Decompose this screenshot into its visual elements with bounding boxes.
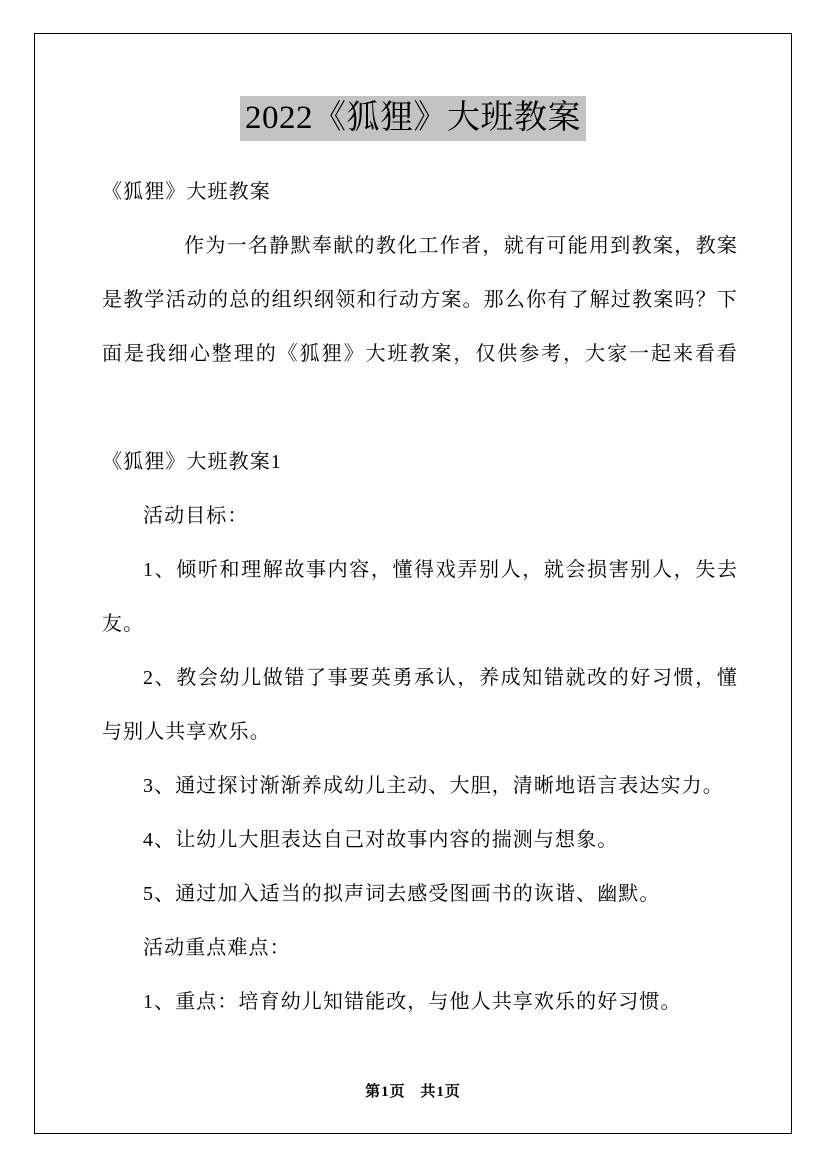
- text-line: 《狐狸》大班教案1: [102, 435, 738, 489]
- text-line: 1、倾听和理解故事内容，懂得戏弄别人，就会损害别人，失去挚: [102, 543, 738, 597]
- footer-page-number: 第1页: [365, 1084, 406, 1100]
- title-row: 2022《狐狸》大班教案: [35, 96, 791, 141]
- document-body: 《狐狸》大班教案作为一名静默奉献的教化工作者，就有可能用到教案，教案是教学活动的…: [102, 165, 738, 1029]
- text-line: 友。: [102, 597, 738, 651]
- document-canvas: 2022《狐狸》大班教案 《狐狸》大班教案作为一名静默奉献的教化工作者，就有可能…: [0, 0, 827, 1170]
- text-line: 3、通过探讨渐渐养成幼儿主动、大胆，清晰地语言表达实力。: [102, 759, 738, 813]
- text-line: 《狐狸》大班教案: [102, 165, 738, 219]
- text-line: 作为一名静默奉献的教化工作者，就有可能用到教案，教案: [102, 219, 738, 273]
- page-footer: 第1页 共1页: [35, 1080, 791, 1101]
- text-line: 5、通过加入适当的拟声词去感受图画书的诙谐、幽默。: [102, 867, 738, 921]
- blank-line: [102, 381, 738, 435]
- text-line: 1、重点：培育幼儿知错能改，与他人共享欢乐的好习惯。: [102, 975, 738, 1029]
- footer-total-pages: 共1页: [420, 1084, 461, 1100]
- page-border-frame: 2022《狐狸》大班教案 《狐狸》大班教案作为一名静默奉献的教化工作者，就有可能…: [34, 33, 792, 1134]
- text-line: 活动目标：: [102, 489, 738, 543]
- text-line: 面是我细心整理的《狐狸》大班教案，仅供参考，大家一起来看看吧。: [102, 327, 738, 381]
- text-line: 活动重点难点：: [102, 921, 738, 975]
- document-title: 2022《狐狸》大班教案: [240, 96, 586, 141]
- text-line: 2、教会幼儿做错了事要英勇承认，养成知错就改的好习惯，懂得: [102, 651, 738, 705]
- text-line: 4、让幼儿大胆表达自己对故事内容的揣测与想象。: [102, 813, 738, 867]
- text-line: 与别人共享欢乐。: [102, 705, 738, 759]
- text-line: 是教学活动的总的组织纲领和行动方案。那么你有了解过教案吗？下: [102, 273, 738, 327]
